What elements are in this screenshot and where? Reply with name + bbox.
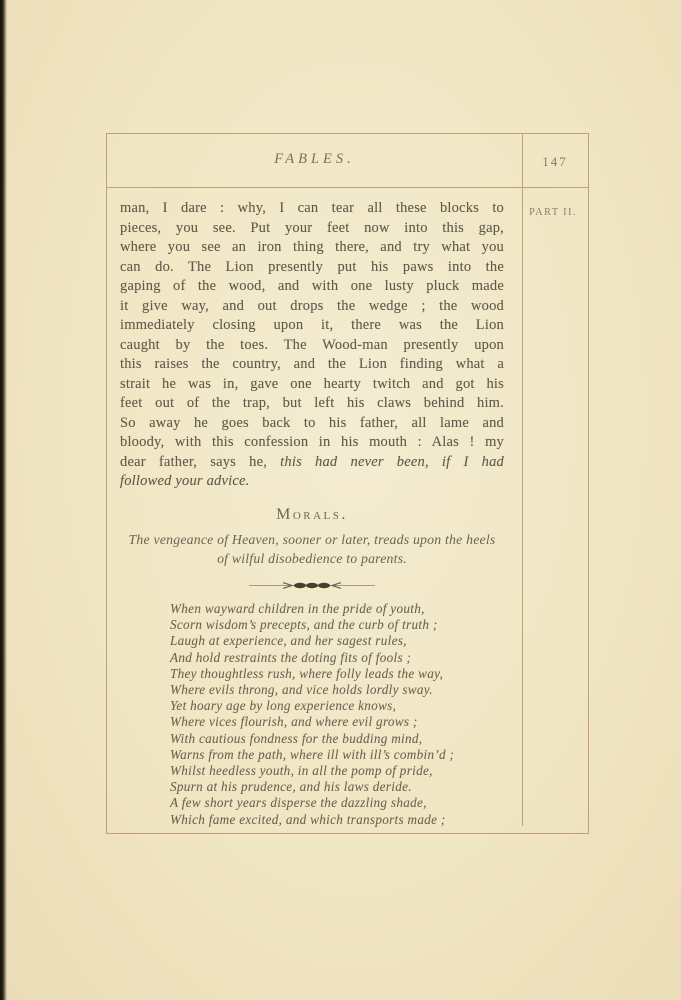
page-border-frame: FABLES. 147 PART II. man, I dare : why, … — [106, 133, 589, 834]
prose-line: pieces, you see. Put your feet now into … — [120, 219, 504, 239]
poem-line: Which fame excited, and which transports… — [170, 812, 500, 828]
prose-text: where you see an iron thing there, and t… — [120, 239, 504, 255]
prose-text: strait he was in, gave one hearty twitch… — [120, 376, 504, 392]
prose-paragraph: man, I dare : why, I can tear all these … — [120, 199, 504, 492]
prose-text: can do. The Lion presently put his paws … — [120, 259, 504, 275]
prose-line: can do. The Lion presently put his paws … — [120, 258, 504, 278]
margin-part-label: PART II. — [529, 207, 589, 218]
moral-text: The vengeance of Heaven, sooner or later… — [114, 531, 510, 568]
margin-divider-rule — [522, 134, 523, 826]
poem-line: And hold restraints the doting fits of f… — [170, 650, 500, 666]
poem-line: When wayward children in the pride of yo… — [170, 601, 500, 617]
prose-line: feet out of the trap, but left his claws… — [120, 394, 504, 414]
poem-line: Scorn wisdom’s precepts, and the curb of… — [170, 617, 500, 633]
prose-line: where you see an iron thing there, and t… — [120, 238, 504, 258]
poem-line: Yet hoary age by long experience knows, — [170, 698, 500, 714]
prose-line: gaping of the wood, and with one lusty p… — [120, 277, 504, 297]
divider-ornament-icon — [247, 580, 377, 591]
scan-edge-shadow — [0, 0, 7, 1000]
page-number: 147 — [522, 154, 588, 170]
prose-text: man, I dare : why, I can tear all these … — [120, 200, 504, 216]
poem-line: They thoughtless rush, where folly leads… — [170, 666, 500, 682]
poem-line: Spurn at his prudence, and his laws deri… — [170, 779, 500, 795]
prose-text: gaping of the wood, and with one lusty p… — [120, 278, 504, 294]
prose-text: So away he goes back to his father, all … — [120, 415, 504, 431]
poem-line: Laugh at experience, and her sagest rule… — [170, 633, 500, 649]
prose-text: feet out of the trap, but left his claws… — [120, 395, 504, 411]
prose-line: So away he goes back to his father, all … — [120, 414, 504, 434]
moral-line: The vengeance of Heaven, sooner or later… — [114, 531, 510, 550]
section-divider-ornament — [120, 578, 504, 596]
poem-line: With cautious fondness for the budding m… — [170, 731, 500, 747]
moral-line: of wilful disobedience to parents. — [114, 550, 510, 569]
morals-heading: Morals. — [120, 506, 504, 524]
poem-line: Warns from the path, where ill with ill’… — [170, 747, 500, 763]
prose-text: it give way, and out drops the wedge ; t… — [120, 298, 504, 314]
prose-text-italic: followed your advice. — [120, 473, 249, 489]
prose-text: this raises the country, and the Lion fi… — [120, 356, 504, 372]
prose-text-italic: this had never been, if I had — [280, 454, 504, 470]
poem-line: Whilst heedless youth, in all the pomp o… — [170, 763, 500, 779]
prose-line: followed your advice. — [120, 472, 504, 492]
prose-line: it give way, and out drops the wedge ; t… — [120, 297, 504, 317]
prose-text: bloody, with this confession in his mout… — [120, 434, 504, 450]
prose-line: this raises the country, and the Lion fi… — [120, 355, 504, 375]
prose-text: dear father, says he, — [120, 454, 280, 470]
poem-stanza: When wayward children in the pride of yo… — [170, 601, 500, 828]
prose-text: caught by the toes. The Wood-man present… — [120, 337, 504, 353]
poem-line: Where vices flourish, and where evil gro… — [170, 714, 500, 730]
prose-line: bloody, with this confession in his mout… — [120, 433, 504, 453]
prose-line: dear father, says he, this had never bee… — [120, 453, 504, 473]
prose-line: man, I dare : why, I can tear all these … — [120, 199, 504, 219]
poem-line: Where evils throng, and vice holds lordl… — [170, 682, 500, 698]
prose-line: caught by the toes. The Wood-man present… — [120, 336, 504, 356]
prose-text: pieces, you see. Put your feet now into … — [120, 220, 504, 236]
prose-line: immediately closing upon it, there was t… — [120, 316, 504, 336]
prose-line: strait he was in, gave one hearty twitch… — [120, 375, 504, 395]
text-column: man, I dare : why, I can tear all these … — [120, 134, 504, 833]
prose-text: immediately closing upon it, there was t… — [120, 317, 504, 333]
poem-line: A few short years disperse the dazzling … — [170, 795, 500, 811]
